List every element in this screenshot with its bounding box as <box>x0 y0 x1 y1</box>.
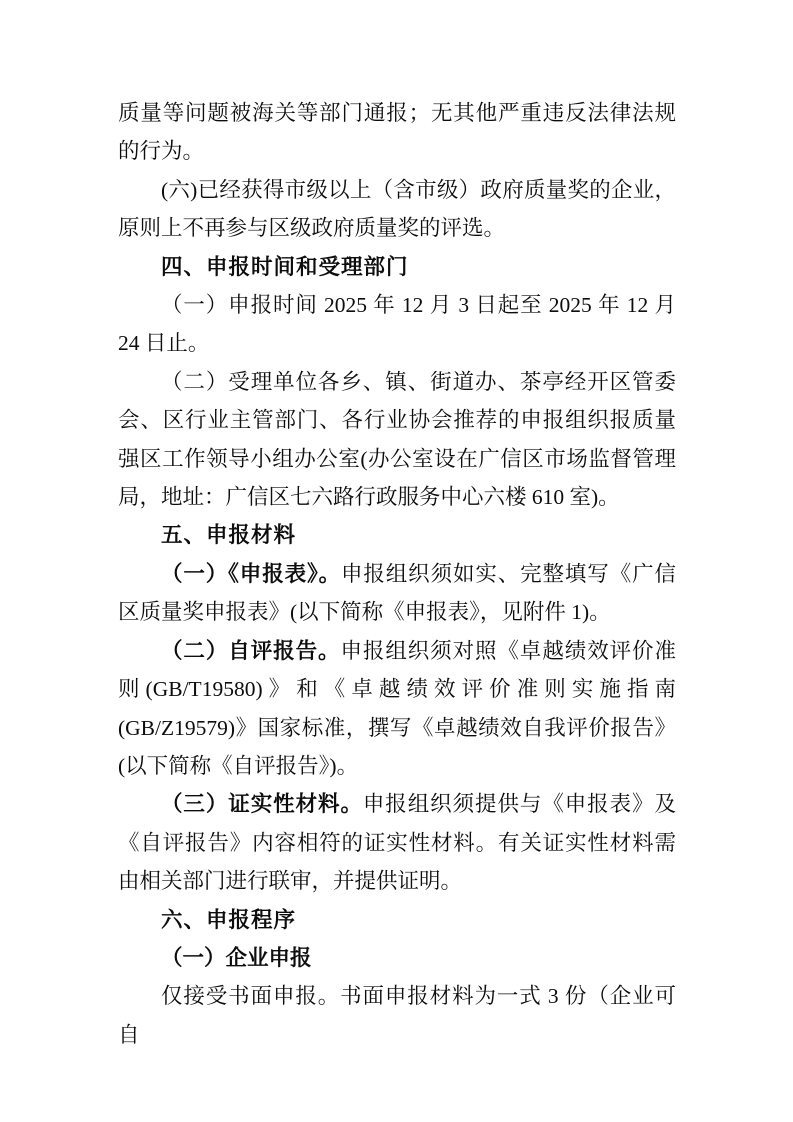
paragraph-item-6: (六)已经获得市级以上（含市级）政府质量奖的企业，原则上不再参与区级政府质量奖的… <box>118 171 676 248</box>
section-heading-4: 四、申报时间和受理部门 <box>118 248 676 286</box>
document-page: 质量等问题被海关等部门通报；无其他严重违反法律法规的行为。 (六)已经获得市级以… <box>0 0 793 1122</box>
subheading-enterprise-application: （一）企业申报 <box>118 939 676 977</box>
paragraph-continuation: 质量等问题被海关等部门通报；无其他严重违反法律法规的行为。 <box>118 94 676 171</box>
paragraph-self-evaluation-report: （二）自评报告。申报组织须对照《卓越绩效评价准则(GB/T19580)》和《卓越… <box>118 632 676 786</box>
paragraph-lead-application-form: （一）《申报表》。 <box>161 562 341 586</box>
paragraph-supporting-materials: （三）证实性材料。申报组织须提供与《申报表》及《自评报告》内容相符的证实性材料。… <box>118 785 676 900</box>
paragraph-written-application: 仅接受书面申报。书面申报材料为一式 3 份（企业可自 <box>118 977 676 1054</box>
paragraph-lead-self-evaluation-report: （二）自评报告。 <box>161 639 340 663</box>
section-heading-6: 六、申报程序 <box>118 901 676 939</box>
paragraph-lead-supporting-materials: （三）证实性材料。 <box>161 792 363 816</box>
section-heading-5: 五、申报材料 <box>118 516 676 554</box>
paragraph-accepting-units: （二）受理单位各乡、镇、街道办、茶亭经开区管委会、区行业主管部门、各行业协会推荐… <box>118 363 676 517</box>
document-text-block: 质量等问题被海关等部门通报；无其他严重违反法律法规的行为。 (六)已经获得市级以… <box>118 94 676 1054</box>
paragraph-application-time: （一）申报时间 2025 年 12 月 3 日起至 2025 年 12 月 24… <box>118 286 676 363</box>
paragraph-application-form: （一）《申报表》。申报组织须如实、完整填写《广信区质量奖申报表》(以下简称《申报… <box>118 555 676 632</box>
